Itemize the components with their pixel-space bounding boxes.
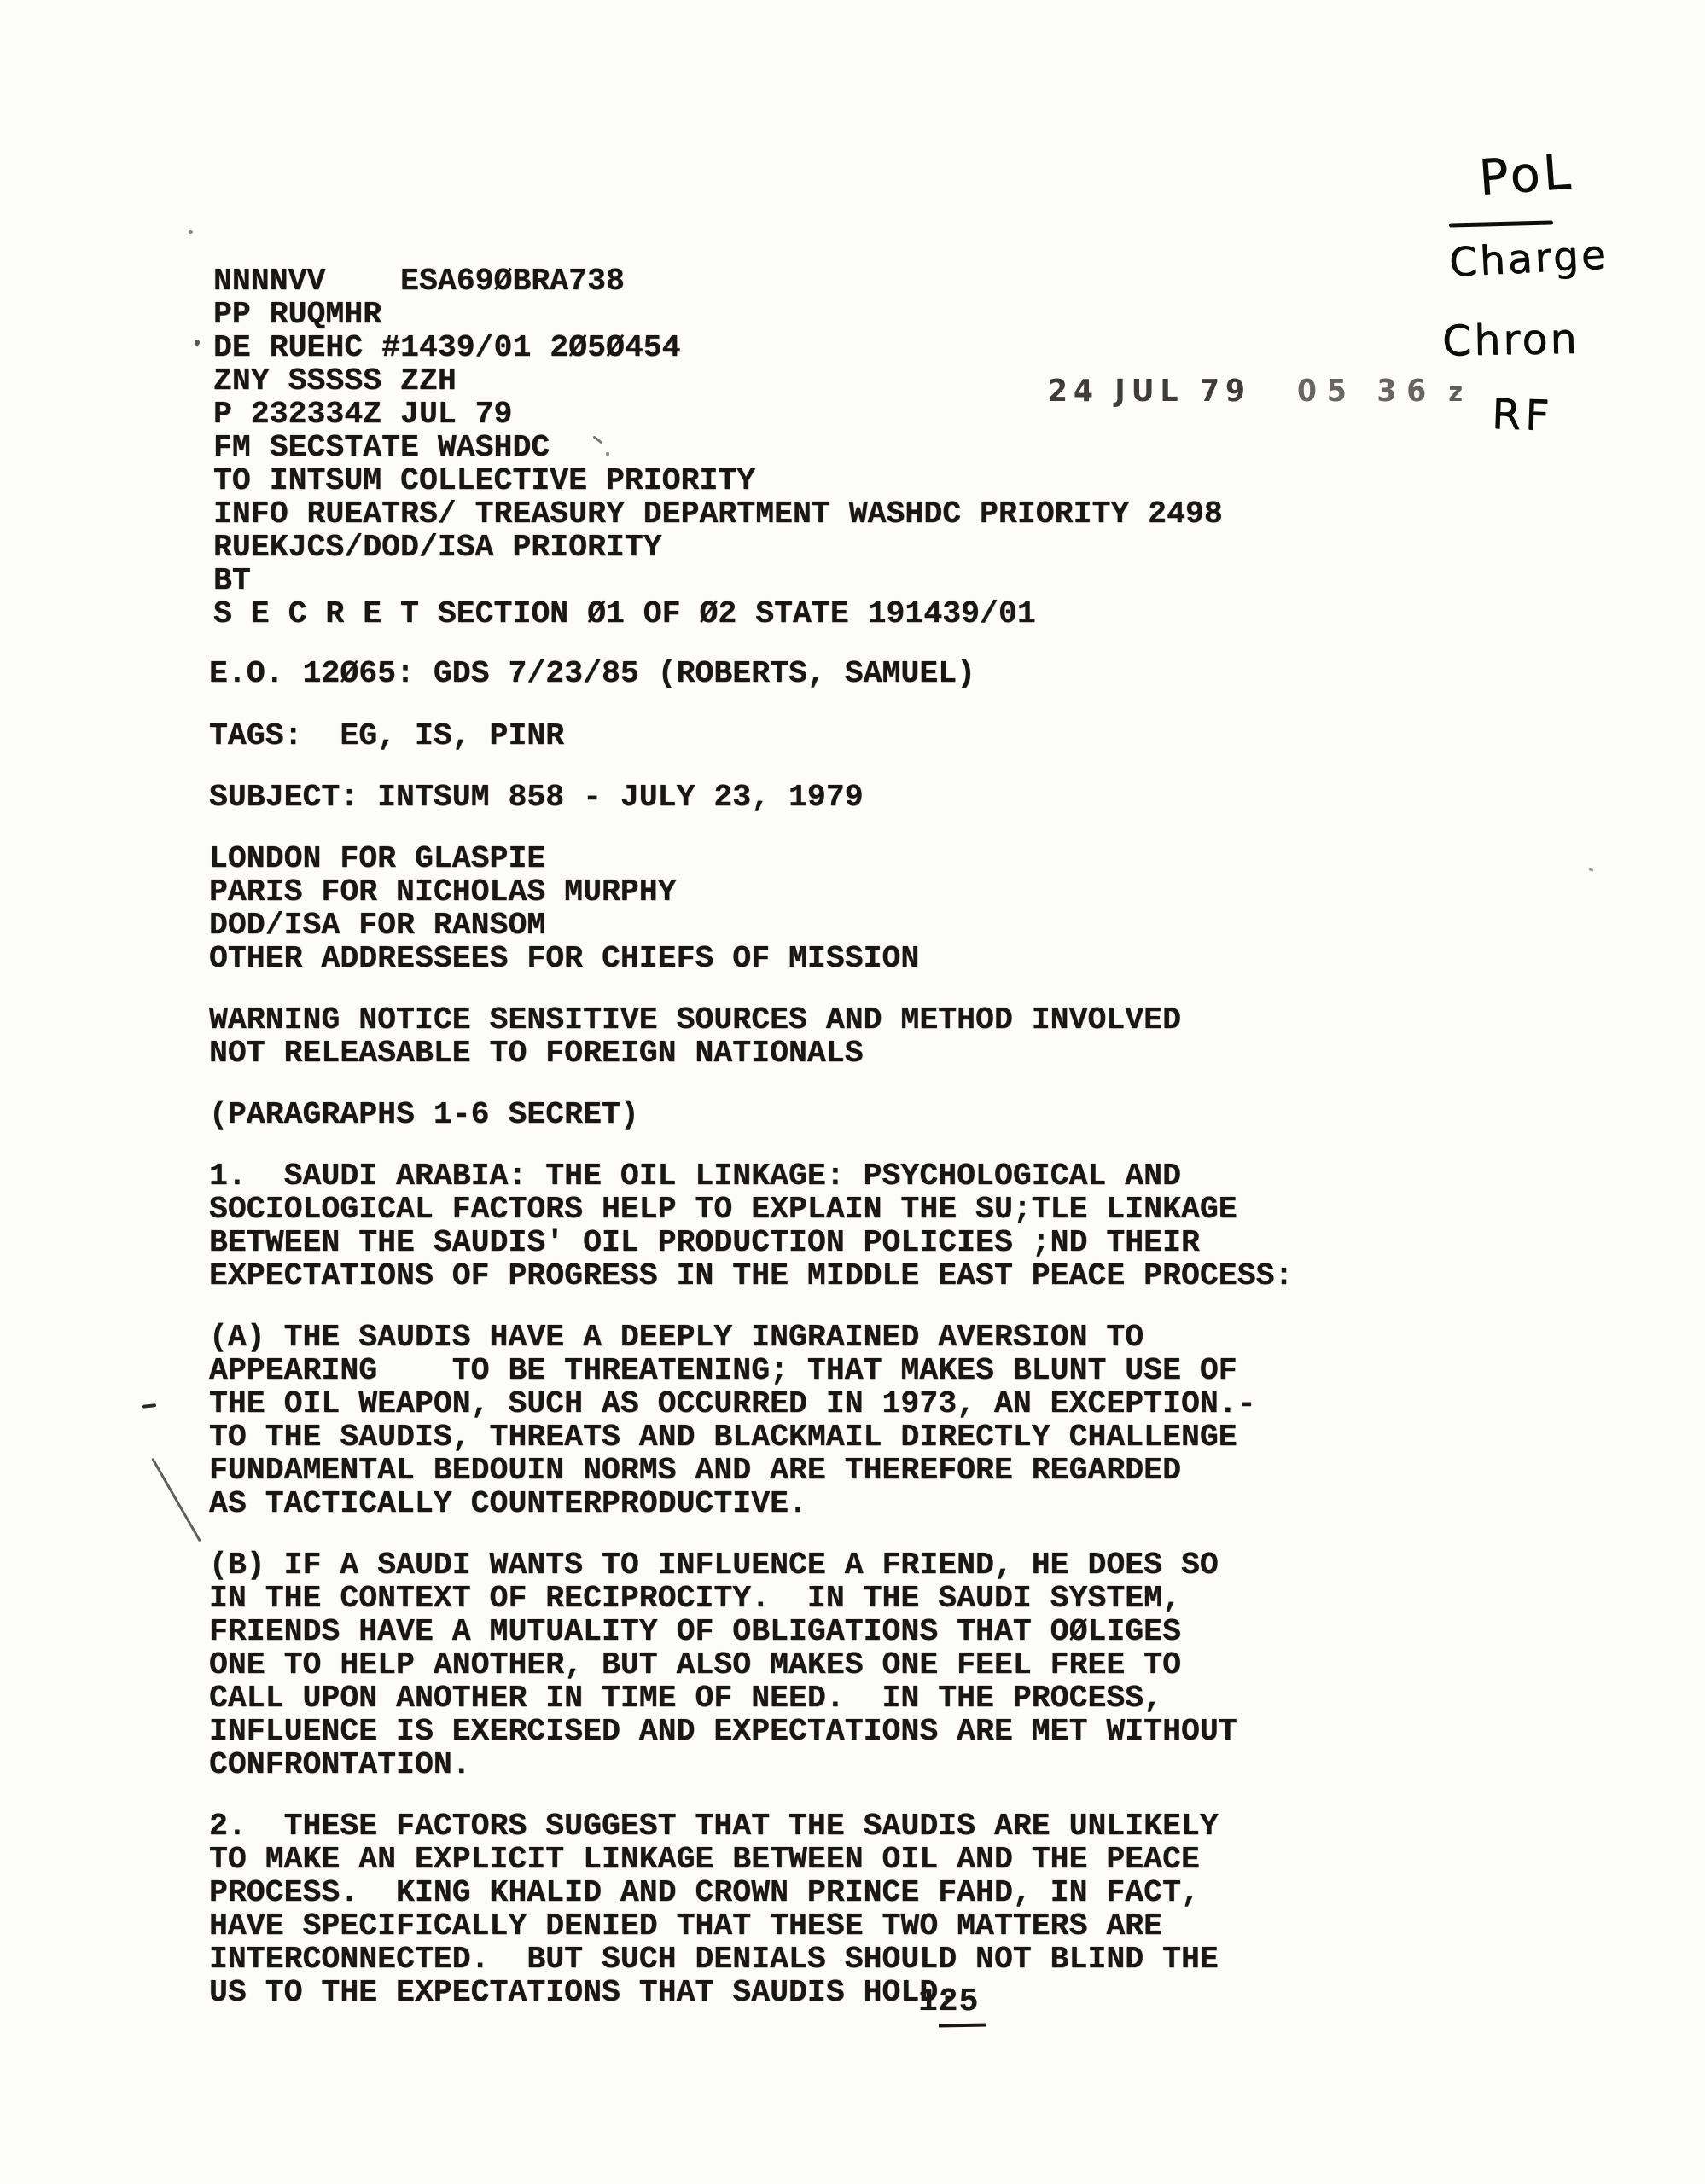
text-line: (PARAGRAPHS 1-6 SECRET): [209, 1098, 639, 1131]
text-line: (A) THE SAUDIS HAVE A DEEPLY INGRAINED A…: [209, 1321, 1256, 1354]
text-line: DE RUEHC #1439/01 2Ø5Ø454: [213, 331, 1223, 364]
text-line: (B) IF A SAUDI WANTS TO INFLUENCE A FRIE…: [209, 1548, 1237, 1582]
stray-pen-slash: [151, 1458, 201, 1542]
page-number-underline: [939, 2024, 986, 2028]
text-line: HAVE SPECIFICALLY DENIED THAT THESE TWO …: [209, 1909, 1219, 1943]
text-line: BETWEEN THE SAUDIS' OIL PRODUCTION POLIC…: [209, 1226, 1293, 1259]
block-warning-notice: WARNING NOTICE SENSITIVE SOURCES AND MET…: [209, 1003, 1181, 1070]
text-line: INTERCONNECTED. BUT SUCH DENIALS SHOULD …: [209, 1943, 1219, 1976]
text-line: BT: [213, 564, 1223, 597]
block-header: NNNNVV ESA69ØBRA738PP RUQMHRDE RUEHC #14…: [213, 264, 1223, 630]
margin-dash-mark: [142, 1403, 156, 1409]
text-line: TO INTSUM COLLECTIVE PRIORITY: [213, 464, 1223, 497]
text-line: 1. SAUDI ARABIA: THE OIL LINKAGE: PSYCHO…: [209, 1159, 1293, 1193]
text-line: IN THE CONTEXT OF RECIPROCITY. IN THE SA…: [209, 1582, 1237, 1615]
text-line: RUEKJCS/DOD/ISA PRIORITY: [213, 531, 1223, 564]
text-line: INFLUENCE IS EXERCISED AND EXPECTATIONS …: [209, 1715, 1237, 1748]
text-line: S E C R E T SECTION Ø1 OF Ø2 STATE 19143…: [213, 597, 1223, 630]
text-line: SUBJECT: INTSUM 858 - JULY 23, 1979: [209, 781, 864, 814]
block-eo-line: E.O. 12Ø65: GDS 7/23/85 (ROBERTS, SAMUEL…: [209, 657, 975, 690]
text-line: DOD/ISA FOR RANSOM: [209, 909, 919, 942]
handwritten-note-pol: PoL: [1477, 143, 1575, 206]
text-line: TO MAKE AN EXPLICIT LINKAGE BETWEEN OIL …: [209, 1843, 1219, 1876]
text-line: INFO RUEATRS/ TREASURY DEPARTMENT WASHDC…: [213, 497, 1223, 531]
handwritten-note-chron: Chron: [1442, 315, 1580, 366]
block-paragraph-1: 1. SAUDI ARABIA: THE OIL LINKAGE: PSYCHO…: [209, 1159, 1293, 1292]
text-line: WARNING NOTICE SENSITIVE SOURCES AND MET…: [209, 1003, 1181, 1037]
received-date-stamp: 24 JUL 79 05 36 z: [1048, 372, 1463, 408]
scan-speck: [606, 452, 609, 456]
text-line: E.O. 12Ø65: GDS 7/23/85 (ROBERTS, SAMUEL…: [209, 657, 975, 690]
text-line: OTHER ADDRESSEES FOR CHIEFS OF MISSION: [209, 942, 919, 975]
text-line: FM SECSTATE WASHDC: [213, 431, 1223, 464]
text-line: CONFRONTATION.: [209, 1748, 1237, 1781]
block-paragraph-a: (A) THE SAUDIS HAVE A DEEPLY INGRAINED A…: [209, 1321, 1256, 1520]
text-line: PARIS FOR NICHOLAS MURPHY: [209, 875, 919, 909]
stamp-time: 05 36: [1297, 372, 1436, 408]
text-line: PP RUQMHR: [213, 298, 1223, 331]
margin-dot-mark: [195, 340, 200, 346]
stamp-timezone: z: [1448, 376, 1463, 408]
text-line: FRIENDS HAVE A MUTUALITY OF OBLIGATIONS …: [209, 1615, 1237, 1648]
block-addressees: LONDON FOR GLASPIEPARIS FOR NICHOLAS MUR…: [209, 842, 919, 975]
text-line: US TO THE EXPECTATIONS THAT SAUDIS HOLD.: [209, 1976, 1219, 2009]
block-paragraph-b: (B) IF A SAUDI WANTS TO INFLUENCE A FRIE…: [209, 1548, 1237, 1781]
text-line: TAGS: EG, IS, PINR: [209, 719, 564, 752]
text-line: AS TACTICALLY COUNTERPRODUCTIVE.: [209, 1487, 1256, 1520]
block-paragraph-2: 2. THESE FACTORS SUGGEST THAT THE SAUDIS…: [209, 1809, 1219, 2009]
text-line: EXPECTATIONS OF PROGRESS IN THE MIDDLE E…: [209, 1259, 1293, 1292]
handwritten-note-rf: RF: [1491, 390, 1554, 440]
text-line: PROCESS. KING KHALID AND CROWN PRINCE FA…: [209, 1876, 1219, 1909]
text-line: 2. THESE FACTORS SUGGEST THAT THE SAUDIS…: [209, 1809, 1219, 1843]
text-line: SOCIOLOGICAL FACTORS HELP TO EXPLAIN THE…: [209, 1193, 1293, 1226]
block-subject-line: SUBJECT: INTSUM 858 - JULY 23, 1979: [209, 781, 864, 814]
text-line: ONE TO HELP ANOTHER, BUT ALSO MAKES ONE …: [209, 1648, 1237, 1682]
text-line: APPEARING TO BE THREATENING; THAT MAKES …: [209, 1354, 1256, 1387]
text-line: LONDON FOR GLASPIE: [209, 842, 919, 875]
pen-underline: [1449, 220, 1553, 227]
text-line: FUNDAMENTAL BEDOUIN NORMS AND ARE THEREF…: [209, 1454, 1256, 1487]
handwritten-note-charge: Charge: [1448, 231, 1609, 287]
block-tags-line: TAGS: EG, IS, PINR: [209, 719, 564, 752]
scan-speck: [189, 230, 193, 234]
text-line: CALL UPON ANOTHER IN TIME OF NEED. IN TH…: [209, 1682, 1237, 1715]
text-line: THE OIL WEAPON, SUCH AS OCCURRED IN 1973…: [209, 1387, 1256, 1420]
text-line: NOT RELEASABLE TO FOREIGN NATIONALS: [209, 1037, 1181, 1070]
scanned-cable-page: NNNNVV ESA69ØBRA738PP RUQMHRDE RUEHC #14…: [0, 0, 1705, 2184]
text-line: TO THE SAUDIS, THREATS AND BLACKMAIL DIR…: [209, 1420, 1256, 1454]
scan-speck: [1589, 868, 1594, 872]
text-line: NNNNVV ESA69ØBRA738: [213, 264, 1223, 298]
page-number: 125: [918, 1984, 979, 2020]
stamp-date: 24 JUL 79: [1048, 372, 1251, 408]
block-classification-note: (PARAGRAPHS 1-6 SECRET): [209, 1098, 639, 1131]
